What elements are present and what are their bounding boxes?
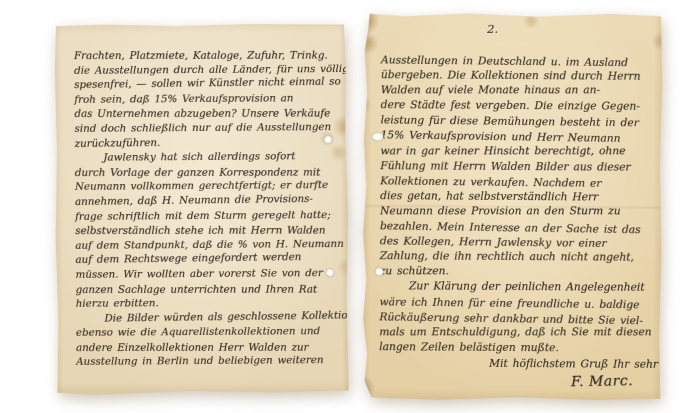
handwriting-line: mals um Entschuldigung, daß ich Sie mit … — [379, 324, 653, 339]
punch-hole — [325, 268, 334, 277]
punch-hole — [371, 132, 383, 141]
letter-page-right-wrap: 2. Ausstellungen in Deutschland u. im Au… — [361, 12, 663, 402]
handwriting-line: Jawlensky hat sich allerdings sofort — [75, 149, 339, 165]
handwriting-line: durch Vorlage der ganzen Korrespondenz m… — [75, 165, 339, 180]
handwriting-line: Frachten, Platzmiete, Kataloge, Zufuhr, … — [74, 48, 338, 63]
handwriting-line: Zur Klärung der peinlichen Angelegenheit — [379, 279, 653, 296]
handwriting-line: froh sein, daß 15% Verkaufsprovision an — [74, 91, 338, 107]
handwriting-line: Ausstellungen in Deutschland u. im Ausla… — [381, 52, 655, 70]
handwriting-line: Die Bilder würden als geschlossene Kolle… — [76, 308, 340, 326]
handwriting-line: frage schriftlich mit dem Sturm geregelt… — [75, 208, 339, 224]
handwriting-line: Ausstellung in Berlin und beliebigen wei… — [76, 354, 340, 370]
handwriting-line: langen Zeilen belästigen mußte. — [379, 339, 653, 356]
letter-page-right: 2. Ausstellungen in Deutschland u. im Au… — [361, 12, 663, 402]
handwriting-line: annehmen, daß H. Neumann die Provisions- — [75, 191, 339, 209]
handwriting-line: selbstverständlich stehe ich mit Herrn W… — [75, 224, 339, 239]
handwriting-line: auf dem Rechtswege eingefordert werden — [75, 250, 339, 268]
punch-hole — [375, 267, 384, 276]
page-number: 2. — [487, 22, 498, 36]
letter-page-left-wrap: Frachten, Platzmiete, Kataloge, Zufuhr, … — [54, 23, 350, 395]
closing-line: Mit höflichstem Gruß Ihr sehr ergb. — [489, 357, 691, 371]
handwriting-line: war in gar keiner Hinsicht berechtigt, o… — [380, 143, 654, 158]
photo-backdrop: Frachten, Platzmiete, Kataloge, Zufuhr, … — [0, 0, 700, 413]
handwriting-line: Neumann diese Provision an den Sturm zu — [380, 203, 654, 218]
handwriting-line: ebenso wie die Aquarellistenkollektionen… — [76, 324, 340, 340]
handwriting-block-right: Ausstellungen in Deutschland u. im Ausla… — [379, 52, 655, 356]
punch-hole — [323, 135, 332, 144]
letter-page-left: Frachten, Platzmiete, Kataloge, Zufuhr, … — [54, 23, 350, 395]
handwriting-line: zu schützen. — [380, 264, 654, 279]
handwriting-line: zurückzuführen. — [74, 133, 338, 151]
handwriting-line: andere Einzelkollektionen Herr Walden zu… — [76, 340, 340, 355]
signature: F. Marc. — [571, 373, 633, 390]
handwriting-line: Walden auf viele Monate hinaus an an- — [381, 82, 655, 97]
handwriting-block-left: Frachten, Platzmiete, Kataloge, Zufuhr, … — [74, 47, 340, 370]
handwriting-line: spesenfrei, — sollen wir Künstler nicht … — [74, 75, 338, 93]
handwriting-line: Fühlung mit Herrn Walden Bilder aus dies… — [380, 158, 654, 175]
handwriting-line: Kollektionen zu verkaufen. Nachdem er — [380, 173, 654, 191]
handwriting-line: das Unternehmen abzugeben? Unsere Verkäu… — [74, 107, 338, 122]
handwriting-line: ganzen Sachlage unterrichten und Ihren R… — [76, 282, 340, 297]
handwriting-line: müssen. Wir wollten aber vorerst Sie von… — [75, 266, 339, 282]
